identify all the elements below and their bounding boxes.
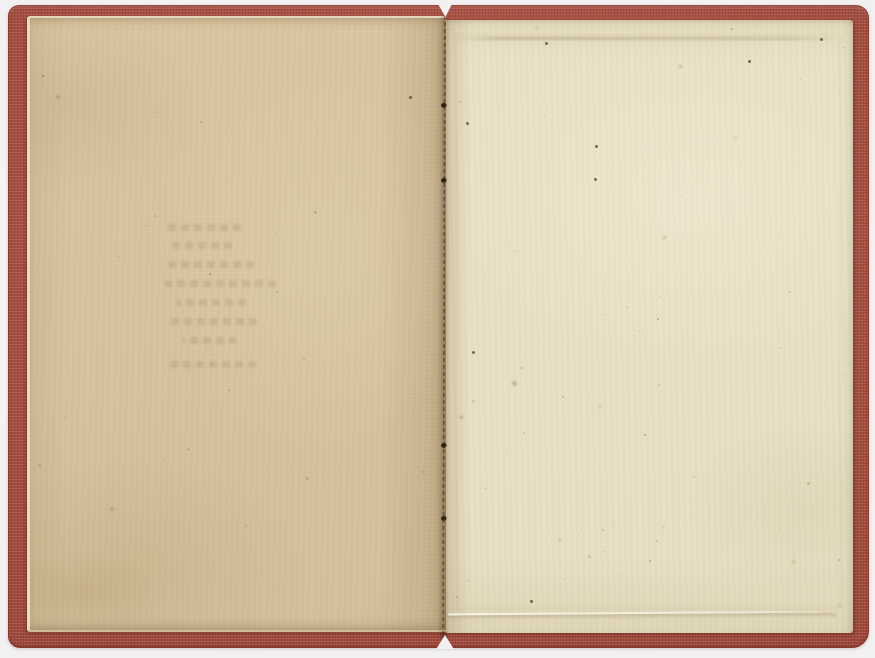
ghost-text-line xyxy=(176,299,246,306)
ghost-text-line xyxy=(163,224,241,231)
staple-hole xyxy=(441,443,447,448)
ghost-text-line xyxy=(172,242,232,249)
page-edge-crease-top xyxy=(456,37,847,40)
left-endpaper-page xyxy=(27,16,446,632)
page-edge-crease-bottom xyxy=(448,611,835,616)
ghost-text-line xyxy=(164,280,276,287)
right-flyleaf-page xyxy=(446,20,853,633)
ghost-text-line xyxy=(169,318,257,325)
ghost-text-line xyxy=(168,261,254,268)
board-edge-impression xyxy=(456,34,841,609)
ghost-text-line xyxy=(166,361,256,368)
scanner-background xyxy=(0,0,875,658)
spine-gutter-fold xyxy=(440,15,448,635)
booklet-open-red-cloth-cover xyxy=(8,5,869,648)
ghost-text-bleedthrough xyxy=(30,18,446,630)
ghost-text-line xyxy=(182,337,237,344)
staple-hole xyxy=(441,516,447,521)
staple-hole xyxy=(441,103,447,108)
staple-hole xyxy=(441,178,447,183)
